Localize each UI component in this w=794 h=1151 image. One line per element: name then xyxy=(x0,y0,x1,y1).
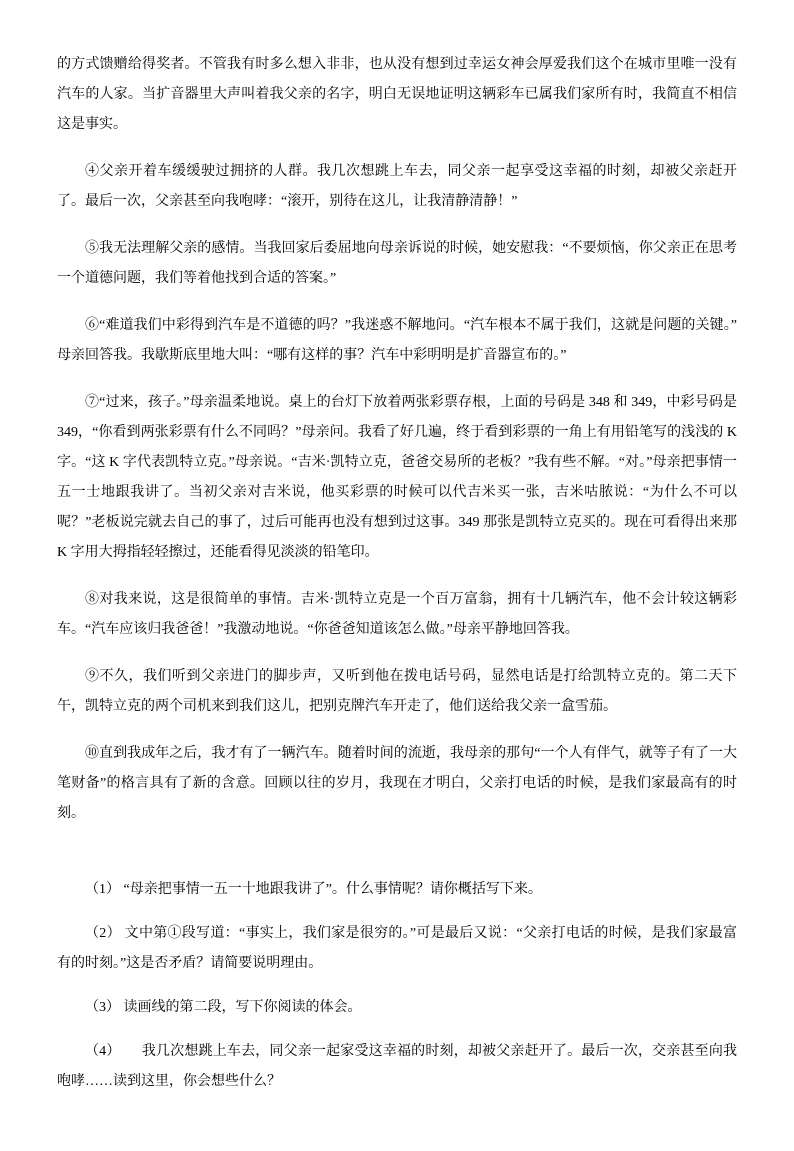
passage-paragraph-9: ⑨不久，我们听到父亲进门的脚步声，又听到他在拨电话号码，显然电话是打给凯特立克的… xyxy=(57,662,737,722)
question-3: （3） 读画线的第二段，写下你阅读的体会。 xyxy=(57,993,737,1023)
passage-paragraph-4: ④父亲开着车缓缓驶过拥挤的人群。我几次想跳上车去，同父亲一起享受这幸福的时刻，却… xyxy=(57,157,737,217)
question-2: （2） 文中第①段写道：“事实上，我们家是很穷的。”可是最后又说：“父亲打电话的… xyxy=(57,919,737,979)
passage-paragraph-1-continuation: 的方式馈赠给得奖者。不管我有时多么想入非非，也从没有想到过幸运女神会厚爱我们这个… xyxy=(57,50,737,140)
passage-paragraph-6: ⑥“难道我们中彩得到汽车是不道德的吗？”我迷惑不解地问。“汽车根本不属于我们，这… xyxy=(57,311,737,371)
reading-passage: 的方式馈赠给得奖者。不管我有时多么想入非非，也从没有想到过幸运女神会厚爱我们这个… xyxy=(57,50,737,1097)
passage-paragraph-10: ⑩直到我成年之后，我才有了一辆汽车。随着时间的流逝，我母亲的那句“一个人有伴气，… xyxy=(57,739,737,829)
passage-paragraph-7: ⑦“过来，孩子。”母亲温柔地说。桌上的台灯下放着两张彩票存根，上面的号码是 34… xyxy=(57,388,737,568)
question-4: （4） 我几次想跳上车去，同父亲一起家受这幸福的时刻，却被父亲赶开了。最后一次，… xyxy=(57,1037,737,1097)
passage-paragraph-5: ⑤我无法理解父亲的感情。当我回家后委屈地向母亲诉说的时候，她安慰我：“不要烦恼，… xyxy=(57,234,737,294)
question-1: （1） “母亲把事情一五一十地跟我讲了”。什么事情呢？请你概括写下来。 xyxy=(57,875,737,905)
document-page: 的方式馈赠给得奖者。不管我有时多么想入非非，也从没有想到过幸运女神会厚爱我们这个… xyxy=(0,0,794,1151)
questions-section: （1） “母亲把事情一五一十地跟我讲了”。什么事情呢？请你概括写下来。 （2） … xyxy=(57,875,737,1097)
passage-paragraph-8: ⑧对我来说，这是很简单的事情。吉米·凯特立克是一个百万富翁，拥有十几辆汽车，他不… xyxy=(57,585,737,645)
